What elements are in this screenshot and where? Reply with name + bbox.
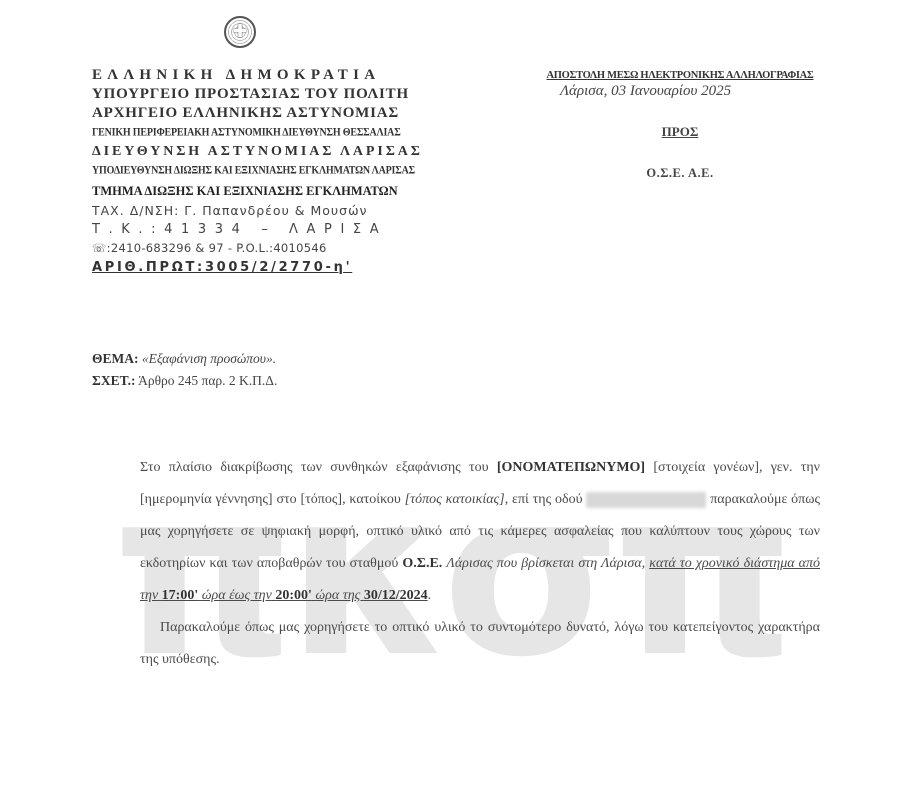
body-text: , κατοίκου	[342, 492, 401, 507]
time-to: 20:00'	[275, 588, 312, 603]
body-text: , επί της οδού	[505, 492, 583, 507]
phone-line: ☏:2410-683296 & 97 - P.O.L.:4010546	[92, 239, 432, 258]
to-label: ΠΡΟΣ	[530, 124, 830, 140]
redacted-street	[586, 492, 706, 508]
recipient-name: Ο.Σ.Ε. Α.Ε.	[530, 166, 830, 181]
paragraph-urgency: Παρακαλούμε όπως μας χορηγήσετε το οπτικ…	[140, 612, 820, 676]
subdirectorate: ΥΠΟΔΙΕΥΘΥΝΣΗ ΔΙΩΞΗΣ ΚΑΙ ΕΞΙΧΝΙΑΣΗΣ ΕΓΚΛΗ…	[92, 159, 432, 182]
postal-address: ΤΑΧ. Δ/ΝΣΗ: Γ. Παπανδρέου & Μουσών	[92, 201, 432, 220]
greek-coat-of-arms-icon: ✚	[224, 16, 256, 48]
body-text: Στο πλαίσιο διακρίβωσης των συνθηκών εξα…	[140, 460, 489, 475]
subject-value: «Εξαφάνιση προσώπου».	[142, 351, 276, 366]
reference-value: Άρθρο 245 παρ. 2 Κ.Π.Δ.	[138, 373, 277, 388]
recipient-header: ΑΠΟΣΤΟΛΗ ΜΕΣΩ ΗΛΕΚΤΡΟΝΙΚΗΣ ΑΛΛΗΛΟΓΡΑΦΙΑΣ…	[530, 70, 830, 181]
reference-line: ΣΧΕΤ.: Άρθρο 245 παρ. 2 Κ.Π.Δ.	[92, 370, 277, 392]
subject-label: ΘΕΜΑ:	[92, 351, 139, 366]
birth-date-placeholder: [ημερομηνία γέννησης]	[140, 492, 273, 507]
period-date: 30/12/2024	[364, 588, 428, 603]
period-end: ώρα της	[315, 588, 360, 603]
protocol-number: ΑΡΙΘ.ΠΡΩΤ:3005/2/2770-η'	[92, 258, 432, 277]
postal-code: Τ.Κ.:41334 – ΛΑΡΙΣΑ	[92, 220, 432, 239]
residence-placeholder: [τόπος κατοικίας]	[405, 492, 505, 507]
period-mid: ώρα έως την	[202, 588, 272, 603]
document-page: ✚ ΕΛΛΗΝΙΚΗ ΔΗΜΟΚΡΑΤΙΑ ΥΠΟΥΡΓΕΙΟ ΠΡΟΣΤΑΣΙ…	[0, 0, 900, 803]
subject-line: ΘΕΜΑ: «Εξαφάνιση προσώπου».	[92, 348, 277, 370]
email-delivery-note: ΑΠΟΣΤΟΛΗ ΜΕΣΩ ΗΛΕΚΤΡΟΝΙΚΗΣ ΑΛΛΗΛΟΓΡΑΦΙΑΣ	[530, 70, 830, 81]
republic-title: ΕΛΛΗΝΙΚΗ ΔΗΜΟΚΡΑΤΙΑ	[92, 66, 432, 85]
person-parents-placeholder: [στοιχεία γονέων]	[653, 460, 759, 475]
paragraph-request: Στο πλαίσιο διακρίβωσης των συνθηκών εξα…	[140, 452, 820, 612]
cross-glyph: ✚	[232, 23, 247, 41]
reference-label: ΣΧΕΤ.:	[92, 373, 135, 388]
person-name-placeholder: [ΟΝΟΜΑΤΕΠΩΝΥΜΟ]	[497, 460, 645, 475]
body-text: , γεν. την	[759, 460, 820, 475]
department-title: ΤΜΗΜΑ ΔΙΩΞΗΣ ΚΑΙ ΕΞΙΧΝΙΑΣΗΣ ΕΓΚΛΗΜΑΤΩΝ	[92, 182, 432, 201]
subject-block: ΘΕΜΑ: «Εξαφάνιση προσώπου». ΣΧΕΤ.: Άρθρο…	[92, 348, 277, 392]
letter-body: Στο πλαίσιο διακρίβωσης των συνθηκών εξα…	[140, 452, 820, 676]
date-line: Λάρισα, 03 Ιανουαρίου 2025	[530, 83, 830, 100]
sender-header: ΕΛΛΗΝΙΚΗ ΔΗΜΟΚΡΑΤΙΑ ΥΠΟΥΡΓΕΙΟ ΠΡΟΣΤΑΣΙΑΣ…	[92, 66, 432, 277]
station-org: Ο.Σ.Ε.	[402, 556, 442, 571]
ministry-title: ΥΠΟΥΡΓΕΙΟ ΠΡΟΣΤΑΣΙΑΣ ΤΟΥ ΠΟΛΙΤΗ	[92, 85, 432, 104]
regional-directorate: ΓΕΝΙΚΗ ΠΕΡΙΦΕΡΕΙΑΚΗ ΑΣΤΥΝΟΜΙΚΗ ΔΙΕΥΘΥΝΣΗ…	[92, 121, 432, 144]
body-text: Παρακαλούμε όπως μας χορηγήσετε το οπτικ…	[140, 620, 820, 667]
time-from: 17:00'	[162, 588, 199, 603]
body-text: στο	[276, 492, 296, 507]
birthplace-placeholder: [τόπος]	[301, 492, 343, 507]
body-text: Λάρισας που βρίσκεται στη Λάρισα,	[446, 556, 645, 571]
